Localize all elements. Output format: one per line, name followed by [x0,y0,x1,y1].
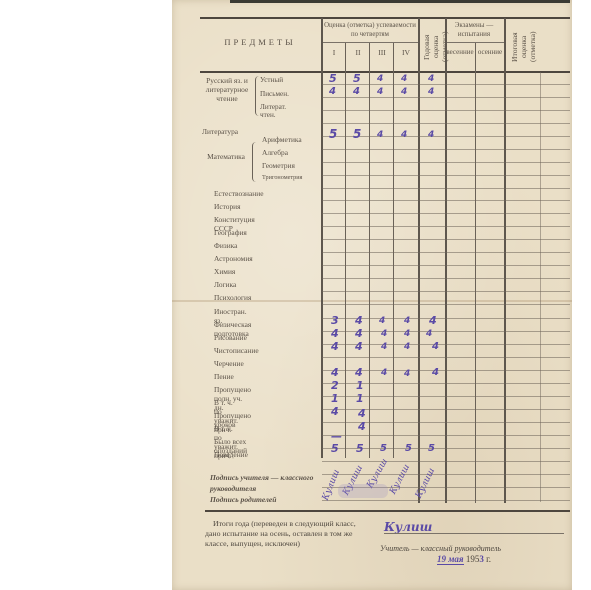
row-line [322,291,570,292]
grade-pe-q3: 4 [379,315,385,327]
grade-written-q2: 4 [353,86,360,98]
row-label-geometry: Геометрия [262,161,295,170]
row-line [322,252,570,253]
row-line [322,213,570,214]
row-label-penmanship: Чистописание [214,346,259,355]
exam-autumn-header: осенние [476,48,504,57]
row-line [322,357,570,358]
days-excused-q1: 1 [331,393,339,405]
teacher-title: Учитель — классный руководитель [380,544,501,554]
exam-spring-header: весенние [446,48,474,57]
row-label-trigonometry: Тригонометрия [262,174,302,181]
row-line [322,435,570,436]
conduct-q1: 5 [331,443,339,455]
date-day-month: 19 мая [437,554,464,565]
math-brace [252,142,257,182]
quarter-grades-title: Оценка (отметка) успеваемости по четверт… [322,21,418,39]
grade-written-q1: 4 [329,86,336,98]
page-top-edge [230,0,570,3]
math-group-label: Математика [206,152,246,161]
grade-pe-q4: 4 [404,315,410,327]
grade-arith-annual: 4 [428,129,434,141]
grade-drawing-q2: 4 [355,328,363,340]
row-label-history: История [214,202,241,211]
grade-penmanship-q1: 4 [331,341,339,353]
row-label-written: Письмен. [260,90,289,98]
quarter-4: IV [394,48,418,57]
header-top-rule [200,17,570,19]
row-label-geography: География [214,228,247,237]
row-label-psychology: Психология [214,293,251,302]
teacher-signature-label: Подпись учителя — классного руководителя [210,472,322,494]
grade-written-q3: 4 [377,86,383,98]
grade-arith-q2: 5 [353,128,361,140]
grade-penmanship-q4: 4 [404,341,410,353]
col-line-extra [540,72,541,502]
row-label-singing: Пение [214,372,234,381]
days-missed-q2: 1 [356,380,364,392]
grade-oral-q3: 4 [377,73,383,85]
row-label-algebra: Алгебра [262,148,288,157]
grade-written-annual: 4 [428,86,434,98]
row-line [322,123,570,124]
row-line [322,226,570,227]
quarter-divider [322,42,418,43]
days-missed-q1: 2 [331,380,339,392]
grade-written-q4: 4 [401,86,407,98]
grade-singing-q1: 4 [331,367,339,379]
row-line [322,175,570,176]
grade-penmanship-q2: 4 [355,341,363,353]
row-label-conduct: Поведение [214,450,248,459]
grade-oral-annual: 4 [428,73,434,85]
grade-arith-q1: 5 [329,128,337,140]
quarter-2: II [346,48,370,57]
final-grade-header: Итоговая оценка (отметка) [510,24,537,70]
parent-signature-smudge [338,484,388,498]
row-line [322,149,570,150]
col-line-exams [445,18,447,503]
grade-singing-annual: 4 [432,367,439,379]
grade-singing-q2: 4 [355,367,363,379]
quarter-1: I [322,48,346,57]
grade-pe-q1: 3 [331,315,339,327]
col-line-annual [418,18,420,503]
grade-drawing-q4: 4 [404,328,410,340]
conduct-q2: 5 [356,443,364,455]
grade-singing-q3: 4 [381,367,387,379]
header-bottom-rule [200,71,570,73]
table-bottom-rule [205,510,570,512]
days-excused-q2: 1 [356,393,364,405]
grade-oral-q2: 5 [353,73,361,85]
row-line [322,461,570,462]
exams-title: Экзамены — испытания [446,21,502,39]
row-label-astronomy: Астрономия [214,254,253,263]
row-line [322,239,570,240]
year-results-text: Итоги года (переведен в следующий класс,… [205,519,373,549]
row-label-natural-science: Естествознание [214,189,263,198]
date-year-suffix: 3 [479,554,484,564]
row-line [322,265,570,266]
grade-penmanship-q3: 4 [381,341,387,353]
row-line [322,110,570,111]
row-label-tech-drawing: Черчение [214,359,244,368]
grade-singing-q4: 4 [404,368,410,380]
row-label-arithmetic: Арифметика [262,135,302,144]
row-line [322,188,570,189]
grade-pe-q2: 4 [355,315,363,327]
row-label-lit-reading: Литерат. чтен. [260,103,286,119]
row-line [322,278,570,279]
teacher-footer-signature: Кулиш [384,520,432,534]
col-line-final [504,18,506,503]
lessons-missed-q1: 4 [331,406,339,418]
row-line [322,162,570,163]
row-label-literature: Литература [202,127,238,136]
subjects-title: ПРЕДМЕТЫ [200,38,320,47]
row-label-drawing: Рисование [214,333,247,342]
quarter-headers: I II III IV [322,48,418,57]
grade-arith-q3: 4 [377,129,383,141]
lessons-missed-q2: 4 [358,408,366,420]
grade-drawing-q1: 4 [331,328,339,340]
row-line [322,200,570,201]
row-line [322,500,570,501]
lessons-excused-q2: 4 [358,421,366,433]
row-line [322,304,570,305]
row-label-oral: Устный [260,76,283,84]
signature-line [384,533,564,534]
conduct-q3: 5 [380,443,387,455]
grade-arith-q4: 4 [401,129,407,141]
row-label-chemistry: Химия [214,267,235,276]
date-year-prefix: 195 [466,554,480,564]
date-line: 19 мая 1953 г. [437,554,491,564]
grade-drawing-annual: 4 [426,328,432,340]
grade-oral-q4: 4 [401,73,407,85]
conduct-q4: 5 [405,443,412,455]
row-label-physics: Физика [214,241,237,250]
grade-drawing-q3: 4 [381,328,387,340]
conduct-annual: 5 [428,443,435,455]
grade-penmanship-annual: 4 [432,341,439,353]
date-g: г. [486,554,491,564]
grade-oral-q1: 5 [329,73,337,85]
parents-signature-label: Подпись родителей [210,495,277,504]
russian-group-label: Русский яз. и литературное чтение [200,76,254,103]
quarter-3: III [370,48,394,57]
col-line-autumn [475,43,476,503]
row-label-logic: Логика [214,280,236,289]
grade-pe-annual: 4 [429,315,437,327]
